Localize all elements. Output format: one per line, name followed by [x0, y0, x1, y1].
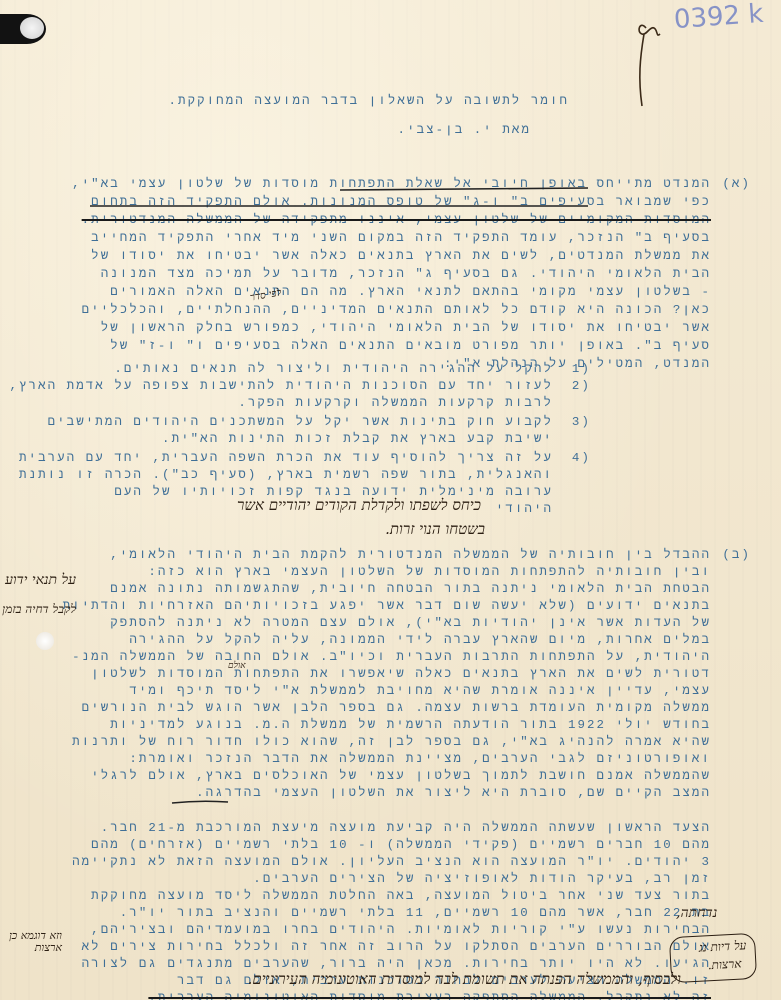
margin-note-left: וזא דוגמא כן ארצות [2, 930, 62, 954]
section-b-line: המצב הקיים שם, סוברת היא ליצור את השלטון… [196, 785, 711, 802]
section-b-line: עצמי, עדיין איננה אומרת שהיא מחויבת לממש… [129, 683, 711, 700]
section-b-line: של העדות אשר אינן יהודיות בא"י), אולם עצ… [110, 615, 711, 632]
section-b-line: ממשלה מקומית העומדת ברשות עצמה. גם בספר … [82, 700, 711, 717]
margin-note-left: לקבל דחיה בזמן [0, 602, 76, 617]
section-c-line: מהם 10 חברים רשמיים (פקידי הממשלה) ו- 10… [91, 837, 711, 854]
section-b-marker: (ב) [722, 547, 751, 564]
item-number: (2 [572, 378, 591, 395]
punch-hole [36, 632, 54, 650]
section-c-line: זמן רב, בעיקר הודות לאופוזיציה של הצירים… [253, 871, 711, 888]
section-b-line: בחודש יולי 1922 בתור הודעתה הרשמית של ממ… [110, 717, 711, 734]
scanned-document-page: 0392 k חומר לתשובה על השאלון בדבר המועצה… [0, 0, 781, 1000]
section-a-line: בסעיף ב" הנזכר, עומד התפקיד הזה במקום הש… [91, 230, 711, 247]
archive-number-stamp: 0392 k [673, 0, 764, 35]
interlinear-note: אולם [228, 660, 246, 671]
section-a-line: הבית הלאומי היהודי. גם בסעיף ג" הנזכר, מ… [101, 266, 711, 283]
section-a-line: - בשלטון עצמי מקומי בהתאם לתנאי הארץ. מה… [110, 284, 711, 301]
section-a-line: כאן? הכונה היא קודם כל לאותם התנאים המדי… [82, 302, 711, 319]
torn-corner-hole [0, 14, 46, 44]
section-c-line: 3 יהודים. יו"ר המועצה הוא הנציב העליון. … [72, 854, 711, 871]
section-b-line: שהממשלה אמנם חושבת לתמוך בשלטון עצמי של … [91, 768, 711, 785]
boxed-margin-note: על דיות נג ארצות. [669, 933, 757, 983]
document-title: חומר לתשובה על השאלון בדבר המועצה המחוקק… [169, 93, 570, 110]
boxed-note-line: ארצות. [707, 957, 741, 974]
section-b-line: במלים אחרות, מיום שהארץ עברה לידי הממונה… [129, 632, 711, 649]
section-b-line: שהיא אמרה להנהיג בא"י, גם בספר לבן זה, ש… [72, 734, 711, 751]
item-number: (3 [572, 414, 591, 431]
handwritten-final-line: ולבסוף, והממשלה הפנתה את תשומת לבה למוסד… [248, 970, 681, 989]
underline-stroke [170, 800, 230, 806]
item-text: להקל על ההגירה היהודית וליצור לה תנאים נ… [114, 361, 553, 378]
section-c-line: אולם הבוררים הערבים הסתלקו על הרוב זה אח… [82, 939, 711, 956]
item-text: לקבוע חוק בתינות אשר יקל על המשתכנים היה… [48, 414, 553, 431]
section-b-line: ההבדל בין חובותיה של הממשלה המנדטורית לה… [110, 547, 711, 564]
item-text: לעזור יחד עם הסוכנות היהודית להתישבות צפ… [9, 378, 553, 395]
section-c-line: הצעד הראשון שעשתה הממשלה היה קביעת מועצה… [101, 820, 711, 837]
item-text: על זה צריך להוסיף עוד את הכרת השפה העברי… [19, 450, 553, 467]
handwritten-insertion: כיחס לשפתו ולקדלת הקודים יהודיים אשר [237, 496, 481, 515]
section-b-line: דטורית לשים את הארץ בתנאים כאלה שיאפשרו … [91, 666, 711, 683]
section-c-line: בת 22 חבר, אשר מהם 10 רשמיים, 11 בלתי רש… [120, 905, 711, 922]
section-b-line: היהודית, על התפתחות התרבות העברית וכיו"ב… [72, 649, 711, 666]
item-text: והאנגלית, בתור שפה רשמית בארץ, (סעיף כב"… [19, 467, 553, 484]
section-c-line: הבחירות נעשו ע"י קוריות לאומיות. היהודים… [91, 922, 711, 939]
section-b-line: ואופורטוניזם לגבי הערבים, מציינת הממשלה … [129, 751, 711, 768]
section-a-line: אשר יבטיחו את יסודו של הבית הלאומי היהוד… [101, 320, 711, 337]
section-a-marker: (א) [722, 176, 751, 193]
section-b-line: ובין חובותיה להתפתחות המוסדות של השלטון … [148, 564, 711, 581]
author-line: מאת י. בן-צבי. [398, 122, 532, 139]
section-c-line: בתור צעד שני אחר ביטול המועצה, באה החלטת… [91, 888, 711, 905]
item-number: (4 [572, 450, 591, 467]
section-c-struck-line: זה לא נתקבל. הממשלה הסתפקה בעצירת מוסדות… [148, 990, 711, 1000]
item-text: היהודי [496, 501, 553, 518]
handwritten-initials-mark [632, 18, 672, 108]
item-number: (1 [572, 361, 591, 378]
item-text: ישיבת קבע בארץ את קבלת זכות התינות הא"ית… [162, 431, 553, 448]
section-a-line: סעיף ב". באופן יותר מפורט מובאים התנאים … [110, 338, 711, 355]
boxed-note-line: על דיות נג [698, 938, 746, 955]
section-b-line: בתנאים ידועים (שלא יעשה שום דבר אשר יפגע… [63, 598, 711, 615]
margin-note-right: נדחתה, [676, 905, 717, 922]
item-text: לרבות קרקעות הממשלה וקרקעות הפקר. [238, 395, 553, 412]
section-a-strike-stroke [90, 186, 590, 216]
handwritten-insertion: בשטחו הנוי זרות. [385, 520, 485, 539]
margin-note-left: על תנאי ידוע [0, 572, 76, 589]
section-a-line: את ממשלת המנדטים, לשים את הארץ בתנאים כא… [91, 248, 711, 265]
section-b-line: הבטחת הבית הלאומי ניתנה בתור הבטחה חיובי… [110, 581, 711, 598]
